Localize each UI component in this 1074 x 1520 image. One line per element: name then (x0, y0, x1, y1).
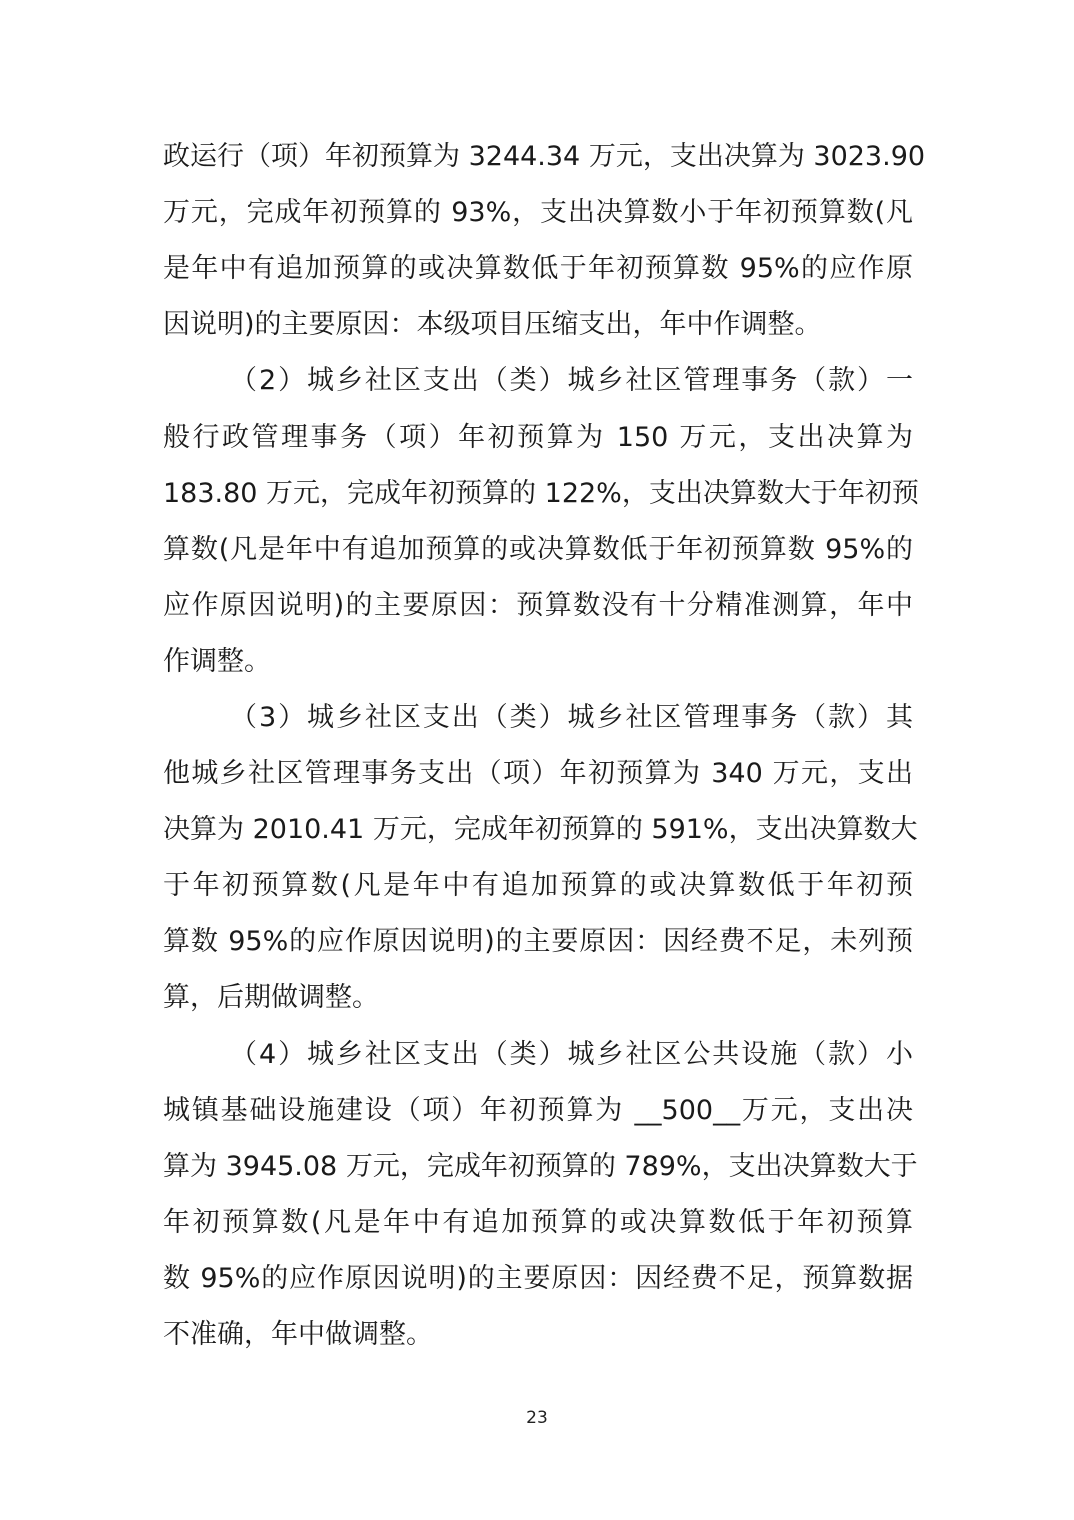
text-line: 数 95%的应作原因说明)的主要原因：因经费不足，预算数据 (163, 1259, 913, 1299)
text-line: 应作原因说明)的主要原因：预算数没有十分精准测算，年中 (163, 586, 913, 626)
text-line: 年初预算数(凡是年中有追加预算的或决算数低于年初预算 (163, 1203, 913, 1243)
document-page: 政运行（项）年初预算为 3244.34 万元，支出决算为 3023.90 万元，… (0, 0, 1074, 1520)
text-line: 决算为 2010.41 万元，完成年初预算的 591%，支出决算数大 (163, 810, 913, 850)
text-line: 作调整。 (163, 642, 913, 682)
text-line: 政运行（项）年初预算为 3244.34 万元，支出决算为 3023.90 (163, 137, 913, 177)
page-number: 23 (0, 1408, 1074, 1428)
text-line: 因说明)的主要原因：本级项目压缩支出，年中作调整。 (163, 305, 913, 345)
text-line: 万元，完成年初预算的 93%，支出决算数小于年初预算数(凡 (163, 193, 913, 233)
text-line: 般行政管理事务（项）年初预算为 150 万元，支出决算为 (163, 418, 913, 458)
text-line: （2）城乡社区支出（类）城乡社区管理事务（款）一 (230, 361, 913, 401)
text-line: 算为 3945.08 万元，完成年初预算的 789%，支出决算数大于 (163, 1147, 913, 1187)
text-line: （4）城乡社区支出（类）城乡社区公共设施（款）小 (230, 1035, 913, 1075)
text-line: 算数 95%的应作原因说明)的主要原因：因经费不足，未列预 (163, 922, 913, 962)
text-line: 是年中有追加预算的或决算数低于年初预算数 95%的应作原 (163, 249, 913, 289)
text-line: 不准确，年中做调整。 (163, 1315, 913, 1355)
text-line: 算数(凡是年中有追加预算的或决算数低于年初预算数 95%的 (163, 530, 913, 570)
text-line: 算，后期做调整。 (163, 978, 913, 1018)
text-line: 城镇基础设施建设（项）年初预算为 __500__万元，支出决 (163, 1091, 913, 1131)
text-line: （3）城乡社区支出（类）城乡社区管理事务（款）其 (230, 698, 913, 738)
text-line: 他城乡社区管理事务支出（项）年初预算为 340 万元，支出 (163, 754, 913, 794)
text-line: 183.80 万元，完成年初预算的 122%，支出决算数大于年初预 (163, 474, 913, 514)
text-line: 于年初预算数(凡是年中有追加预算的或决算数低于年初预 (163, 866, 913, 906)
